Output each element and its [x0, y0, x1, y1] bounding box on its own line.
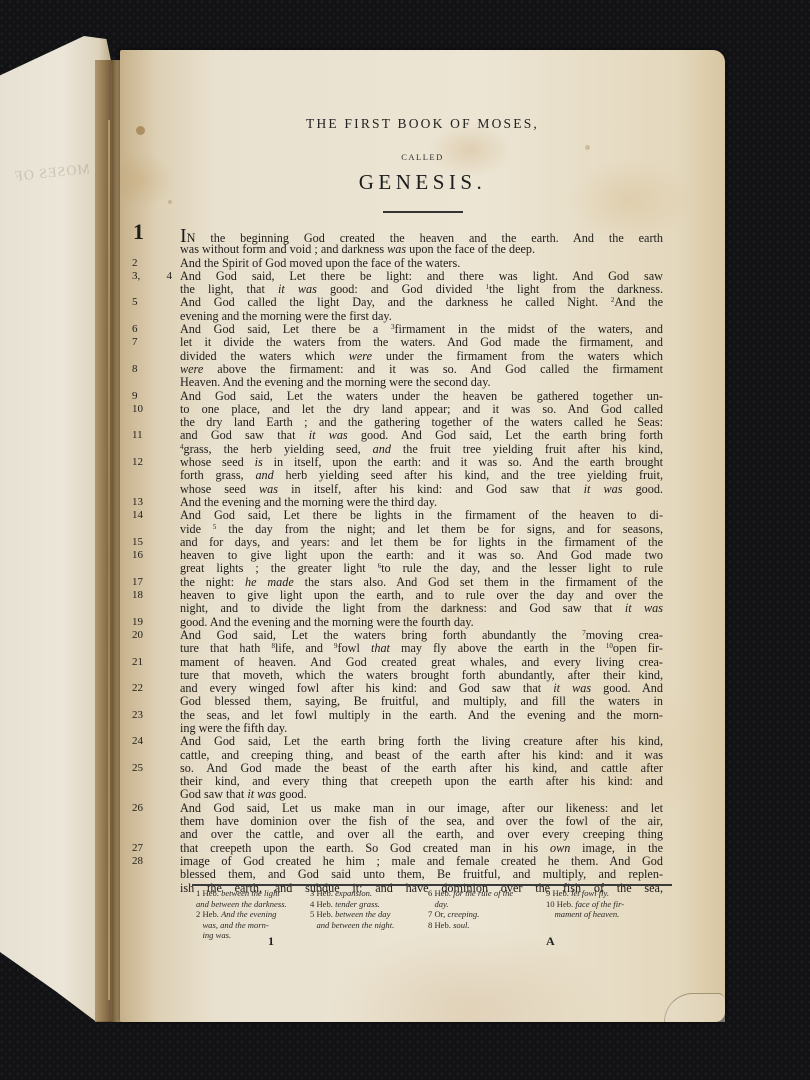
- verse-text: that creepeth upon the earth. So God cre…: [180, 841, 663, 855]
- verse-line: God blessed them, saying, Be fruitful, a…: [180, 695, 663, 708]
- verse-number: 20: [132, 629, 172, 642]
- verse-line: cattle, and creeping thing, and beast of…: [180, 749, 663, 762]
- verse-text: And God said, Let there be a 3firmament …: [180, 322, 663, 336]
- scripture-text: 1IN the beginning God created the heaven…: [180, 230, 663, 895]
- verse-line: them have dominion over the fish of the …: [180, 815, 663, 828]
- verse-number: 22: [132, 682, 172, 695]
- verse-line: ing were the fifth day.: [180, 722, 663, 735]
- verse-text: the light, that it was good: and God div…: [180, 282, 663, 296]
- verse-number: 10: [132, 403, 172, 416]
- footnote-line: 9 Heb. let fowl fly.: [546, 888, 676, 899]
- title-rule: [383, 211, 463, 213]
- verse-number: 11: [132, 429, 172, 442]
- verse-text: night, and to divide the light from the …: [180, 601, 663, 615]
- verse-text: ture that moveth, which the waters broug…: [180, 668, 663, 682]
- verse-number: 8: [132, 363, 172, 376]
- verse-line: 2And the Spirit of God moved upon the fa…: [180, 257, 663, 270]
- verse-line: 7let it divide the waters from the water…: [180, 336, 663, 349]
- verse-line: 10to one place, and let the dry land app…: [180, 403, 663, 416]
- verse-line: 15and for days, and years: and let them …: [180, 536, 663, 549]
- footnote-line: ing was.: [196, 930, 308, 941]
- verse-line: 14 And God said, Let there be lights in …: [180, 509, 663, 522]
- verse-line: was without form and void ; and darkness…: [180, 243, 663, 256]
- footnote-line: 7 Or, creeping.: [428, 909, 546, 920]
- footnote-line: 8 Heb. soul.: [428, 920, 546, 931]
- verse-text: their kind, and every thing that creepet…: [180, 774, 663, 788]
- verse-line: 5And God called the light Day, and the d…: [180, 296, 663, 309]
- verse-text: And God said, Let the waters under the h…: [180, 389, 663, 403]
- verse-line: 4grass, the herb yielding seed, and the …: [180, 443, 663, 456]
- footnote-line: 3 Heb. expansion.: [310, 888, 422, 899]
- footnote-column-3: 6 Heb. for the rule of the day.7 Or, cre…: [428, 888, 546, 930]
- verse-text: divided the waters which were under the …: [180, 349, 663, 363]
- verse-text: evening and the morning were the first d…: [180, 309, 392, 323]
- verse-text: and over the cattle, and over all the ea…: [180, 827, 663, 841]
- footnote-line: 2 Heb. And the evening: [196, 909, 308, 920]
- bleed-through-text: MOSES OF: [13, 162, 90, 186]
- footnote-line: 5 Heb. between the day: [310, 909, 422, 920]
- folded-corner: [664, 993, 725, 1022]
- verse-text: and God saw that it was good. And God sa…: [180, 428, 663, 442]
- binding-thread: [108, 120, 110, 1000]
- verse-number: 7: [132, 336, 172, 349]
- verse-number: 14: [132, 509, 172, 522]
- verse-text: And the Spirit of God moved upon the fac…: [180, 256, 460, 270]
- verse-number: 3, 4: [132, 270, 172, 283]
- verse-text: And God said, Let us make man in our ima…: [180, 801, 663, 815]
- verse-text: And the evening and the morning were the…: [180, 495, 437, 509]
- verse-text: them have dominion over the fish of the …: [180, 814, 663, 828]
- verse-line: night, and to divide the light from the …: [180, 602, 663, 615]
- footnote-rule: [192, 884, 672, 886]
- verse-text: Heaven. And the evening and the morning …: [180, 375, 491, 389]
- verse-line: divided the waters which were under the …: [180, 350, 663, 363]
- verse-line: great lights ; the greater light 6to rul…: [180, 562, 663, 575]
- verse-number: 28: [132, 855, 172, 868]
- verse-number: 26: [132, 802, 172, 815]
- verse-text: to one place, and let the dry land appea…: [180, 402, 663, 416]
- verse-text: And God said, Let there be lights in the…: [180, 508, 663, 522]
- running-title: THE FIRST BOOK OF MOSES,: [120, 116, 725, 132]
- verse-line: the light, that it was good: and God div…: [180, 283, 663, 296]
- verse-number: 21: [132, 656, 172, 669]
- verse-number: 19: [132, 616, 172, 629]
- verse-text: the dry land Earth ; and the gathering t…: [180, 415, 663, 429]
- verse-number: 2: [132, 257, 172, 270]
- verse-line: 13And the evening and the morning were t…: [180, 496, 663, 509]
- verse-line: 8were above the firmament: and it was so…: [180, 363, 663, 376]
- verse-number: 24: [132, 735, 172, 748]
- verse-text: forth grass, and herb yielding seed afte…: [180, 468, 663, 482]
- verse-line: their kind, and every thing that creepet…: [180, 775, 663, 788]
- footnote-column-4: 9 Heb. let fowl fly.10 Heb. face of the …: [546, 888, 676, 920]
- verse-text: ture that hath 8life, and 9fowl that may…: [180, 641, 663, 655]
- verse-text: cattle, and creeping thing, and beast of…: [180, 748, 663, 762]
- verse-number: 16: [132, 549, 172, 562]
- verse-text: 4grass, the herb yielding seed, and the …: [180, 442, 663, 456]
- verse-text: were above the firmament: and it was so.…: [180, 362, 663, 376]
- verse-number: 27: [132, 842, 172, 855]
- verse-line: whose seed was in itself, after his kind…: [180, 483, 663, 496]
- verse-line: 11and God saw that it was good. And God …: [180, 429, 663, 442]
- verse-line: blessed them, and God said unto them, Be…: [180, 868, 663, 881]
- verse-number: 5: [132, 296, 172, 309]
- footnote-line: day.: [428, 899, 546, 910]
- verse-number: 17: [132, 576, 172, 589]
- verse-line: 6 And God said, Let there be a 3firmamen…: [180, 323, 663, 336]
- footnote-line: 6 Heb. for the rule of the: [428, 888, 546, 899]
- verse-line: 3, 4 And God said, Let there be light: a…: [180, 270, 663, 283]
- verse-line: 24 And God said, Let the earth bring for…: [180, 735, 663, 748]
- verse-line: forth grass, and herb yielding seed afte…: [180, 469, 663, 482]
- verse-text: And God called the light Day, and the da…: [180, 295, 663, 309]
- verse-text: And God said, Let there be light: and th…: [180, 269, 663, 283]
- verse-line: 22and every winged fowl after his kind: …: [180, 682, 663, 695]
- footnote-line: and between the darkness.: [196, 899, 308, 910]
- footnote-line: was, and the morn-: [196, 920, 308, 931]
- page-number: 1: [268, 934, 274, 949]
- verse-line: 17the night: he made the stars also. And…: [180, 576, 663, 589]
- verse-line: 26 And God said, Let us make man in our …: [180, 802, 663, 815]
- verse-text: blessed them, and God said unto them, Be…: [180, 867, 663, 881]
- verse-line: 19good. And the evening and the morning …: [180, 616, 663, 629]
- verse-text: the seas, and let fowl multiply in the e…: [180, 708, 663, 722]
- verse-text: and every winged fowl after his kind: an…: [180, 681, 663, 695]
- verse-line: 23the seas, and let fowl multiply in the…: [180, 709, 663, 722]
- verse-text: good. And the evening and the morning we…: [180, 615, 474, 629]
- verse-text: great lights ; the greater light 6to rul…: [180, 561, 663, 575]
- verse-line: 27that creepeth upon the earth. So God c…: [180, 842, 663, 855]
- verse-number: 12: [132, 456, 172, 469]
- genesis-page: THE FIRST BOOK OF MOSES, CALLED GENESIS.…: [120, 50, 725, 1022]
- verse-line: 21mament of heaven. And God created grea…: [180, 656, 663, 669]
- verse-text: whose seed is in itself, upon the earth:…: [180, 455, 663, 469]
- footnote-column-2: 3 Heb. expansion.4 Heb. tender grass.5 H…: [310, 888, 422, 930]
- verse-line: 1IN the beginning God created the heaven…: [180, 230, 663, 243]
- verse-text: image of God created he him ; male and f…: [180, 854, 663, 868]
- verse-line: 25so. And God made the beast of the eart…: [180, 762, 663, 775]
- verse-line: 28image of God created he him ; male and…: [180, 855, 663, 868]
- verse-line: 12whose seed is in itself, upon the eart…: [180, 456, 663, 469]
- footnote-line: and between the night.: [310, 920, 422, 931]
- footnote-column-1: 1 Heb. between the lightand between the …: [196, 888, 308, 941]
- verse-text: God saw that it was good.: [180, 787, 307, 801]
- verse-number: 15: [132, 536, 172, 549]
- foxing-spot: [585, 145, 590, 150]
- verse-line: vide 5 the day from the night; and let t…: [180, 523, 663, 536]
- verse-line: 18heaven to give light upon the earth, a…: [180, 589, 663, 602]
- verse-line: 9 And God said, Let the waters under the…: [180, 390, 663, 403]
- verse-number: 18: [132, 589, 172, 602]
- verse-number: 9: [132, 390, 172, 403]
- verse-number: 25: [132, 762, 172, 775]
- footnote-line: 10 Heb. face of the fir-: [546, 899, 676, 910]
- called-label: CALLED: [120, 152, 725, 162]
- footnote-line: 1 Heb. between the light: [196, 888, 308, 899]
- verse-text: and for days, and years: and let them be…: [180, 535, 663, 549]
- footnote-line: 4 Heb. tender grass.: [310, 899, 422, 910]
- book-title: GENESIS.: [120, 170, 725, 195]
- verse-text: God blessed them, saying, Be fruitful, a…: [180, 694, 663, 708]
- verse-text: let it divide the waters from the waters…: [180, 335, 663, 349]
- verse-text: whose seed was in itself, after his kind…: [180, 482, 663, 496]
- verse-line: Heaven. And the evening and the morning …: [180, 376, 663, 389]
- verse-text: was without form and void ; and darkness…: [180, 242, 535, 256]
- verse-text: heaven to give light upon the earth: and…: [180, 548, 663, 562]
- footnote-line: mament of heaven.: [546, 909, 676, 920]
- verse-line: 20 And God said, Let the waters bring fo…: [180, 629, 663, 642]
- verse-text: so. And God made the beast of the earth …: [180, 761, 663, 775]
- verse-text: heaven to give light upon the earth, and…: [180, 588, 663, 602]
- verse-line: evening and the morning were the first d…: [180, 310, 663, 323]
- verse-line: and over the cattle, and over all the ea…: [180, 828, 663, 841]
- foxing-spot: [168, 200, 172, 204]
- verse-line: ture that moveth, which the waters broug…: [180, 669, 663, 682]
- verse-number: 23: [132, 709, 172, 722]
- verse-number: 13: [132, 496, 172, 509]
- verse-line: the dry land Earth ; and the gathering t…: [180, 416, 663, 429]
- verse-line: God saw that it was good.: [180, 788, 663, 801]
- verse-text: ing were the fifth day.: [180, 721, 287, 735]
- verse-text: the night: he made the stars also. And G…: [180, 575, 663, 589]
- verse-line: 16heaven to give light upon the earth: a…: [180, 549, 663, 562]
- chapter-number: 1: [133, 225, 144, 238]
- verse-text: And God said, Let the earth bring forth …: [180, 734, 663, 748]
- verse-text: mament of heaven. And God created great …: [180, 655, 663, 669]
- verse-line: ture that hath 8life, and 9fowl that may…: [180, 642, 663, 655]
- signature-mark: A: [546, 934, 555, 949]
- verse-number: 6: [132, 323, 172, 336]
- verse-text: And God said, Let the waters bring forth…: [180, 628, 663, 642]
- verse-text: vide 5 the day from the night; and let t…: [180, 522, 663, 536]
